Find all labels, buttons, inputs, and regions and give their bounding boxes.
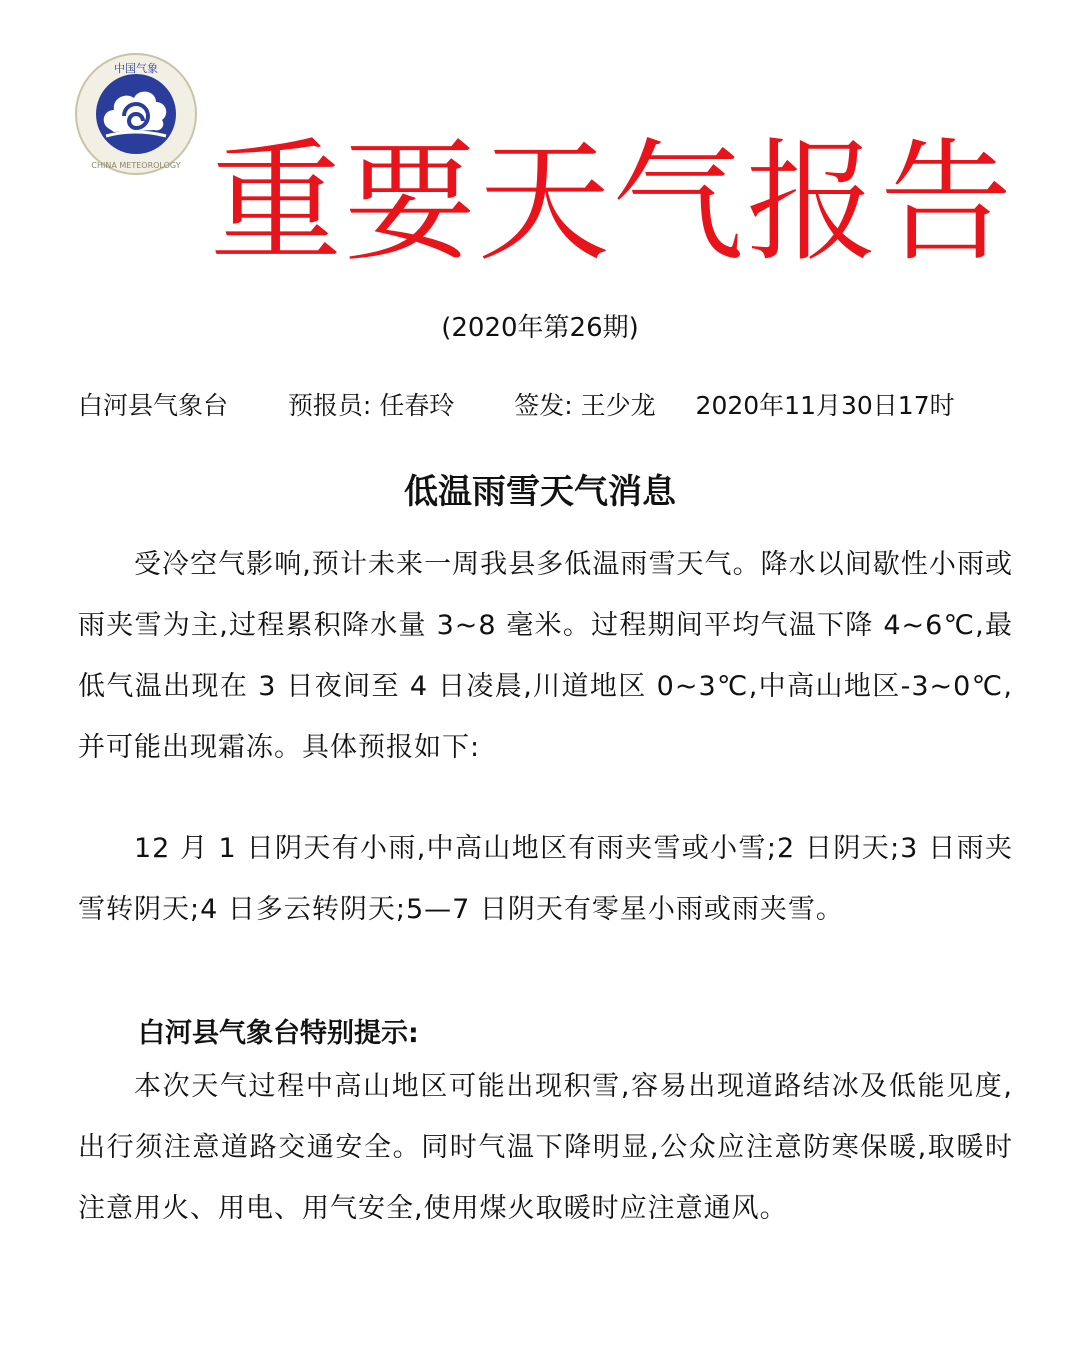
report-meta-line: 白河县气象台 预报员: 任春玲 签发: 王少龙 2020年11月30日17时 xyxy=(78,388,1018,424)
forecaster-name: 任春玲 xyxy=(379,388,454,424)
svg-text:中国气象: 中国气象 xyxy=(114,61,158,75)
report-headline: 重要天气报告 xyxy=(210,128,1020,278)
special-notice-body: 本次天气过程中高山地区可能出现积雪,容易出现道路结冰及低能见度,出行须注意道路交… xyxy=(78,1056,1013,1239)
document-title: 低温雨雪天气消息 xyxy=(0,468,1080,516)
special-notice-title: 白河县气象台特别提示: xyxy=(138,1012,419,1056)
svg-text:CHINA METEOROLOGY: CHINA METEOROLOGY xyxy=(91,161,180,170)
issuer-name: 王少龙 xyxy=(581,388,656,424)
forecast-summary-paragraph: 受冷空气影响,预计未来一周我县多低温雨雪天气。降水以间歇性小雨或雨夹雪为主,过程… xyxy=(78,534,1013,778)
forecaster-label: 预报员: xyxy=(288,388,371,424)
issue-number: (2020年第26期) xyxy=(0,310,1080,346)
daily-forecast-paragraph: 12 月 1 日阴天有小雨,中高山地区有雨夹雪或小雪;2 日阴天;3 日雨夹雪转… xyxy=(78,818,1013,940)
issuer-label: 签发: xyxy=(514,388,572,424)
china-meteorology-logo: 中国气象 CHINA METEOROLOGY xyxy=(74,52,198,176)
office-name: 白河县气象台 xyxy=(78,388,228,424)
issue-datetime: 2020年11月30日17时 xyxy=(696,388,955,424)
cloud-emblem-icon: 中国气象 CHINA METEOROLOGY xyxy=(74,52,198,176)
